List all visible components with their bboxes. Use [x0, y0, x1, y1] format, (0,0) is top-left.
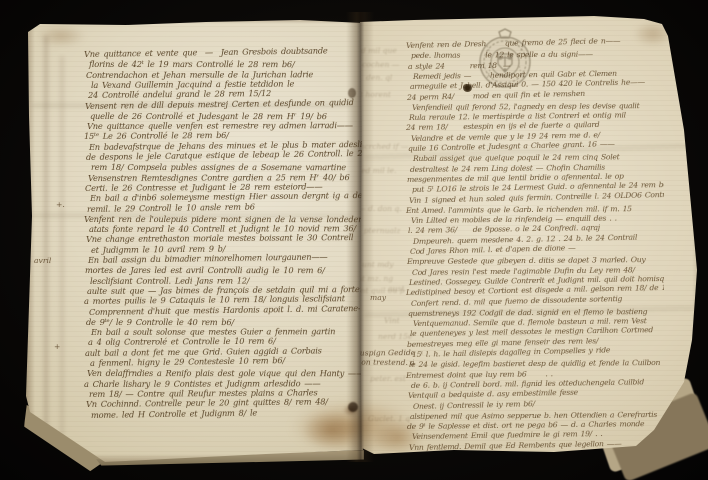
water-stain — [366, 416, 430, 460]
corner-stain — [628, 18, 678, 50]
manuscript-right-page: Venfent ren de Dresh que fremo de 25 fle… — [354, 10, 706, 462]
page-edge-shading — [354, 10, 706, 462]
fold-stain-spot — [348, 88, 356, 98]
dark-stain-spot — [348, 402, 358, 412]
photo-background: Vne quittance et vente que — Jean Gresbo… — [0, 0, 708, 480]
corner-stain — [30, 22, 92, 50]
